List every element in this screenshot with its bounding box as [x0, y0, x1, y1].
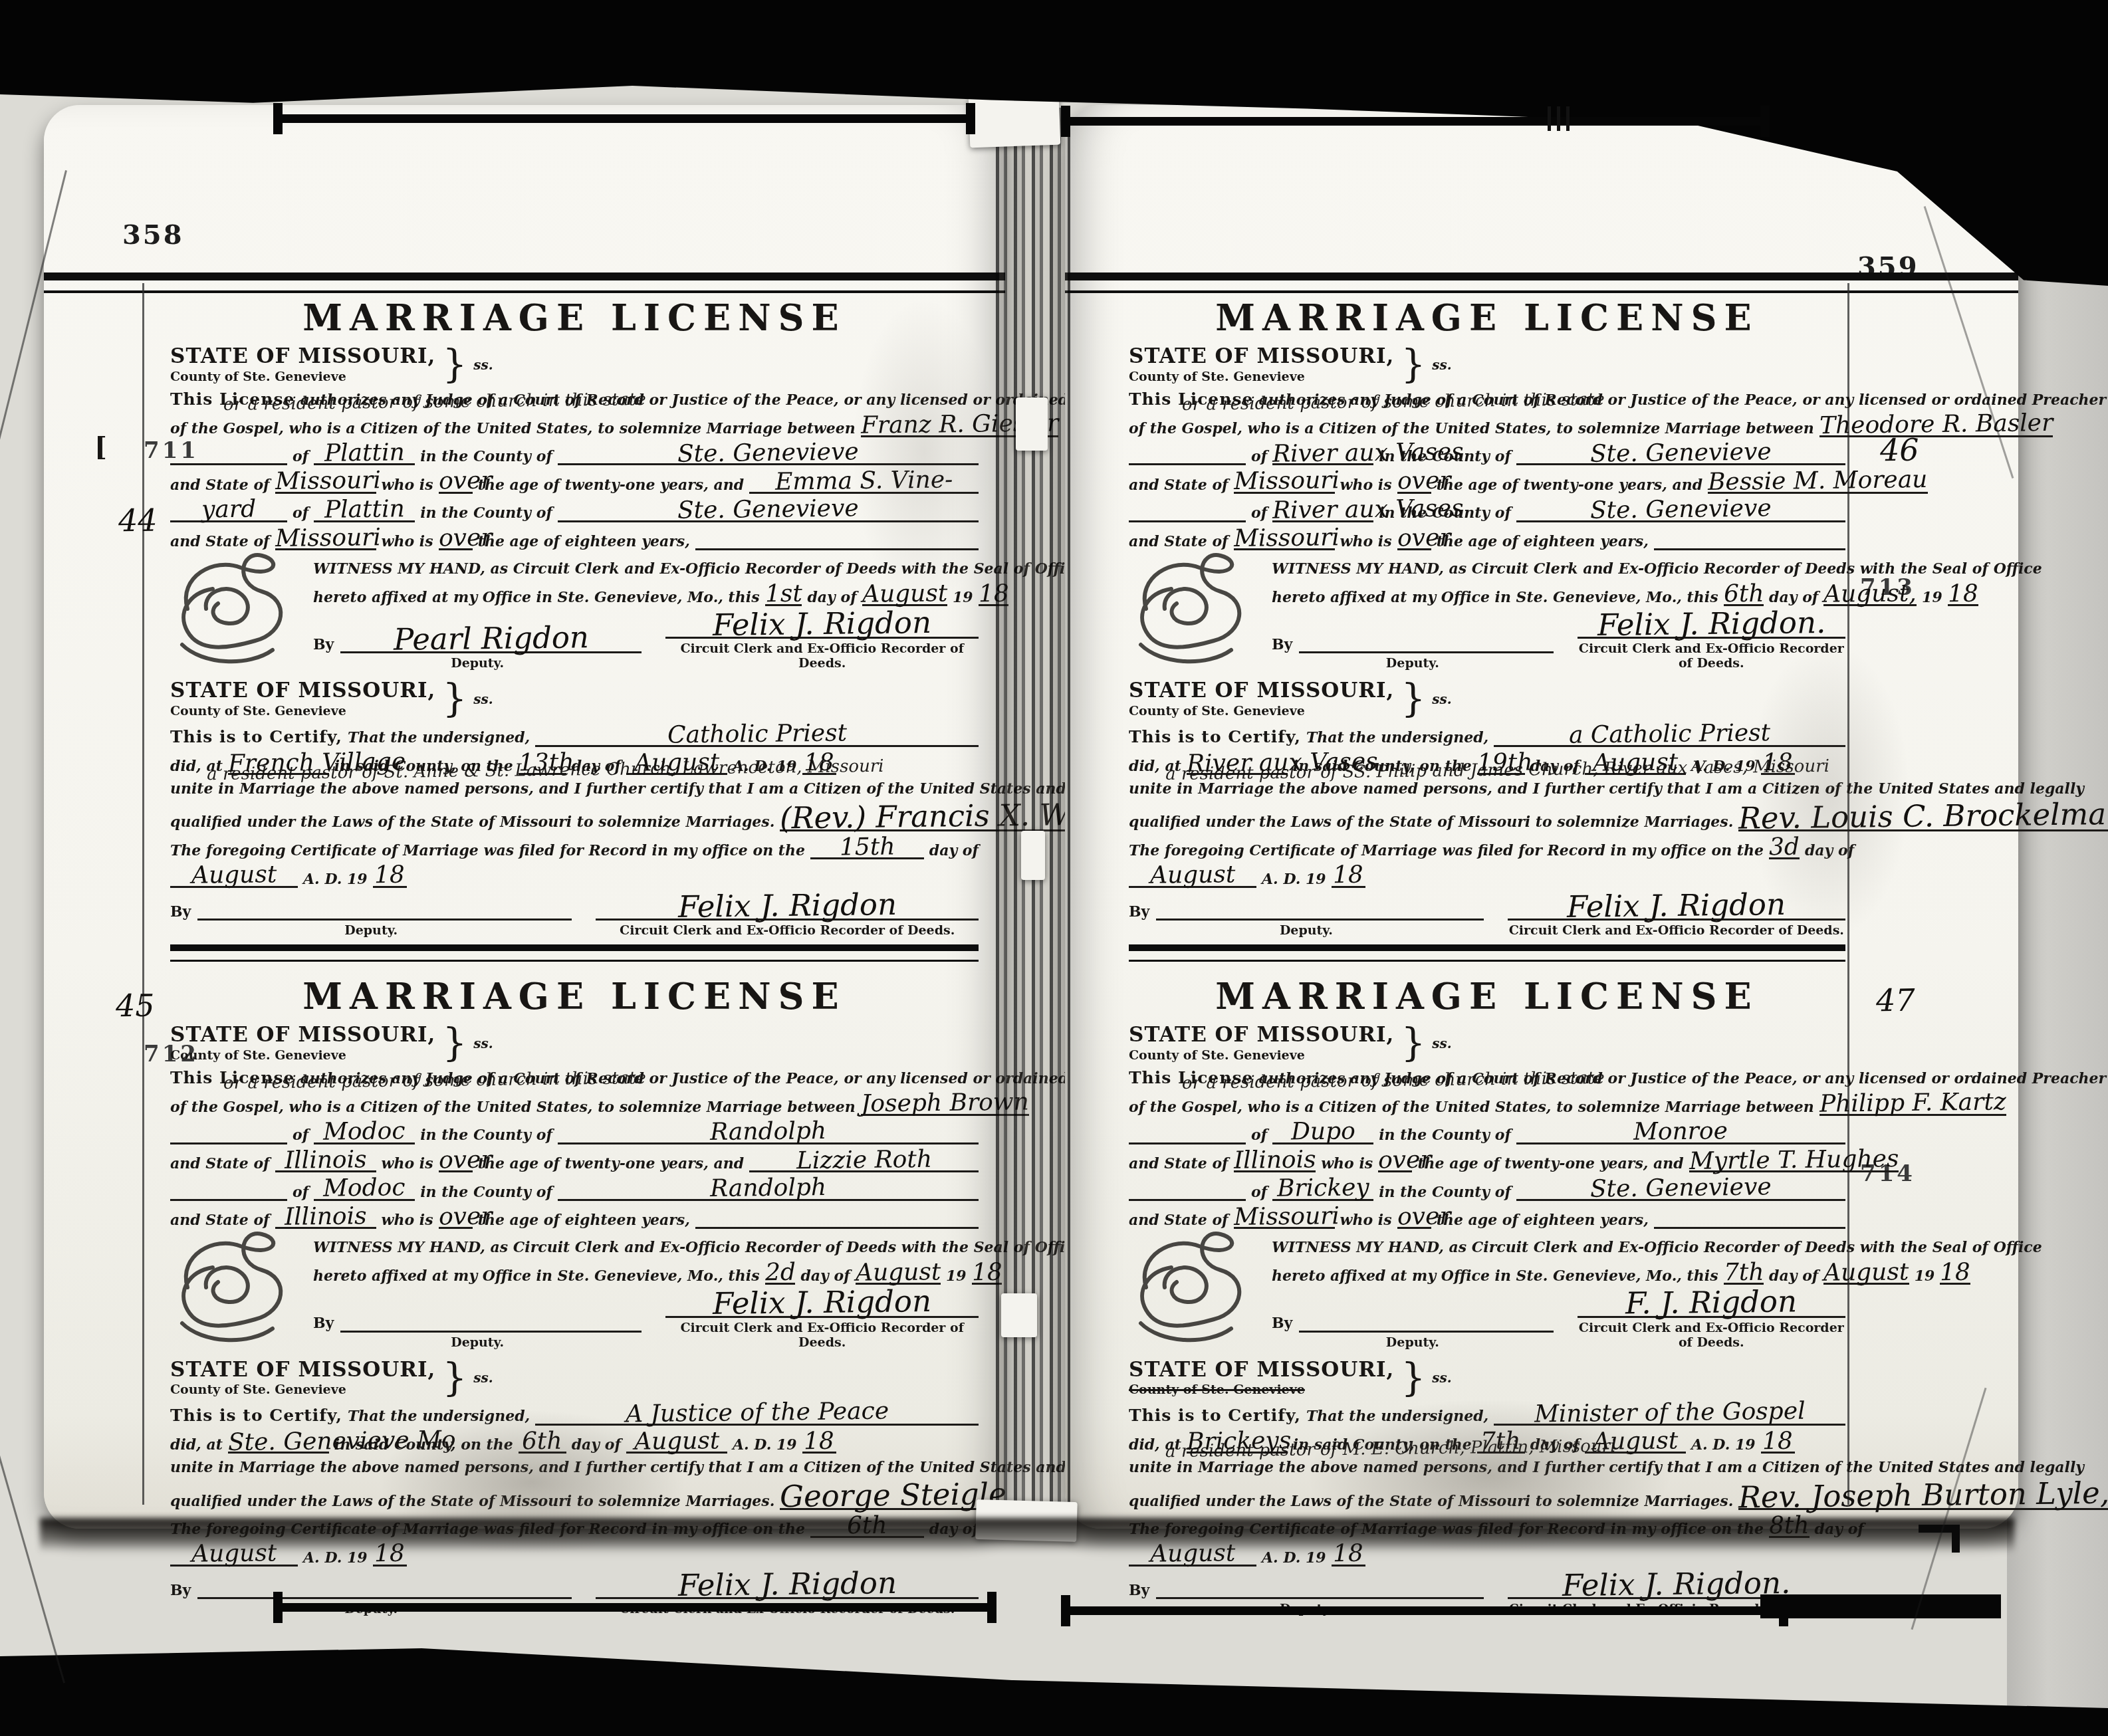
bride-place-field: Plattin — [314, 500, 415, 522]
and-state-of-label: and State of — [170, 1156, 270, 1172]
filed-year-field: 18 — [1332, 865, 1365, 888]
clerk-signature-field: Felix J. Rigdon. — [1578, 611, 1845, 639]
filed-month-field: August — [170, 865, 298, 888]
bride-place: Plattin — [324, 499, 405, 520]
record-title: MARRIAGE LICENSE — [170, 296, 979, 339]
bride-name: Bessie M. Moreau — [1708, 470, 1928, 493]
groom-state-field: Missouri — [1234, 471, 1335, 494]
brace-glyph: } — [442, 1364, 467, 1393]
of-label: of — [293, 449, 308, 465]
deputy-signature-field: Pearl Rigdon — [340, 626, 642, 653]
witness-year: 18 — [1948, 584, 1978, 604]
witness-day: 2d — [764, 1262, 795, 1283]
deputy-signature-area: By Deputy. — [1129, 904, 1484, 938]
groom-over-field: over — [1378, 1150, 1412, 1173]
interlined-handwriting: or a resident pastor of some church in t… — [1182, 392, 1605, 412]
state-county-lines: STATE OF MISSOURI, County of Ste. Genevi… — [170, 1024, 435, 1063]
certify-interlined-handwriting: a resident pastor of M. E. Church, Platt… — [1165, 1439, 1616, 1459]
state-county-lines: STATE OF MISSOURI, County of Ste. Genevi… — [170, 346, 435, 384]
filed-statement: The foregoing Certificate of Marriage wa… — [170, 843, 805, 859]
ss-label: ss. — [473, 357, 493, 373]
marriage-year: 18 — [1762, 1431, 1793, 1452]
witness-day-field: 2d — [765, 1263, 796, 1285]
page-content: MARRIAGE LICENSE STATE OF MISSOURI, Coun… — [170, 291, 979, 1616]
certify-row: This is to Certify, That the undersigned… — [170, 724, 979, 747]
witness-date-row: hereto affixed at my Office in Ste. Gene… — [313, 584, 979, 607]
of-label: of — [1251, 1184, 1267, 1201]
brace-glyph: } — [442, 685, 467, 714]
witness-statement: WITNESS MY HAND, as Circuit Clerk and Ex… — [313, 561, 979, 578]
this-is-to-certify-label: This is to Certify, — [170, 1406, 342, 1426]
record-divider-rule — [170, 944, 979, 962]
certify-state-county-block: STATE OF MISSOURI, County of Ste. Genevi… — [1129, 1359, 1845, 1398]
brace-glyph: } — [442, 350, 467, 380]
license-between-label: of the Gospel, who is a Citizen of the U… — [1129, 421, 1814, 437]
clerk-signature-area: Felix J. Rigdon Circuit Clerk and Ex-Off… — [665, 611, 979, 671]
deputy-label: Deputy. — [1272, 656, 1554, 671]
interlined-handwriting: or a resident pastor of some church in t… — [223, 392, 646, 412]
blank-field — [1654, 1227, 1845, 1229]
groom-over: over — [1397, 471, 1451, 492]
clerk-signature-field: Felix J. Rigdon — [1508, 893, 1845, 921]
bride-place-field: Brickey — [1272, 1178, 1373, 1201]
certify-county-label: County of Ste. Genevieve — [1129, 704, 1394, 718]
undersigned-label: That the undersigned, — [348, 730, 530, 746]
license-between-label: of the Gospel, who is a Citizen of the U… — [1129, 1099, 1814, 1116]
witness-date-row: hereto affixed at my Office in Ste. Gene… — [1272, 1263, 1845, 1285]
by-row: By — [170, 1582, 572, 1599]
witness-block: WITNESS MY HAND, as Circuit Clerk and Ex… — [170, 1240, 979, 1349]
marriage-place: Ste. Genevieve Mo — [228, 1430, 456, 1454]
blank-field — [170, 1142, 287, 1144]
deputy-signature-area: By Deputy. — [1272, 637, 1554, 671]
groom-name: Philipp F. Kartz — [1819, 1093, 2006, 1115]
marriage-year-field: 18 — [1761, 1432, 1795, 1454]
filed-month: August — [1150, 865, 1236, 886]
deputy-signature-field — [197, 1597, 572, 1599]
officiant-field: Minister of the Gospel — [1494, 1403, 1845, 1426]
by-label: By — [313, 637, 334, 653]
who-is-label: who is — [382, 1212, 433, 1229]
in-county-of-label: in the County of — [420, 1184, 552, 1201]
day-of-label: day of — [1769, 590, 1818, 606]
state-label: STATE OF MISSOURI, — [1129, 346, 1394, 368]
marriage-month-field: August — [626, 1432, 727, 1454]
deputy-signature-field — [197, 919, 572, 921]
marriage-license-record: MARRIAGE LICENSE STATE OF MISSOURI, Coun… — [1129, 291, 1845, 938]
undersigned-label: That the undersigned, — [1306, 730, 1488, 746]
witness-block: WITNESS MY HAND, as Circuit Clerk and Ex… — [1129, 1240, 1845, 1349]
clerk-signature: Felix J. Rigdon — [713, 610, 931, 638]
by-label: By — [1129, 1582, 1149, 1599]
deputy-signature-area: By Pearl Rigdon Deputy. — [313, 626, 642, 671]
clerk-signature: F. J. Rigdon — [1625, 1289, 1797, 1317]
deputy-signature: Pearl Rigdon — [394, 625, 589, 653]
county-label: County of Ste. Genevieve — [170, 370, 435, 384]
clerk-label: Circuit Clerk and Ex-Officio Recorder of… — [1508, 923, 1845, 938]
groom-place: Plattin — [324, 443, 405, 464]
by-row: By — [1129, 1582, 1484, 1599]
page-content: MARRIAGE LICENSE STATE OF MISSOURI, Coun… — [1129, 291, 1845, 1616]
bride-over-field: over — [1397, 528, 1431, 551]
in-county-of-label: in the County of — [420, 1127, 552, 1144]
witness-office-label: hereto affixed at my Office in Ste. Gene… — [313, 590, 760, 606]
bride-place: Brickey — [1277, 1178, 1369, 1199]
state-county-lines: STATE OF MISSOURI, County of Ste. Genevi… — [170, 680, 435, 718]
county-label: County of Ste. Genevieve — [1129, 370, 1394, 384]
state-label: STATE OF MISSOURI, — [170, 1359, 435, 1381]
margin-note-45: 45 — [116, 993, 155, 1020]
filed-year: 18 — [374, 865, 405, 886]
bride-place-field: Modoc — [314, 1178, 415, 1201]
state-label: STATE OF MISSOURI, — [170, 1024, 435, 1046]
of-label: of — [293, 1127, 308, 1144]
clerk-label: Circuit Clerk and Ex-Officio Recorder of… — [1578, 1321, 1845, 1350]
certify-state-county-block: STATE OF MISSOURI, County of Ste. Genevi… — [1129, 680, 1845, 718]
groom-residence-row: of Dupo in the County of Monroe — [1129, 1122, 1845, 1144]
unite-row: unite in Marriage the above named person… — [170, 1460, 979, 1476]
clerk-label: Circuit Clerk and Ex-Officio Recorder of… — [596, 923, 979, 938]
groom-state-field: Illinois — [275, 1150, 376, 1173]
blank-field — [695, 1227, 979, 1229]
who-is-label: who is — [1340, 477, 1392, 494]
bride-county: Ste. Genevieve — [1590, 498, 1772, 521]
bride-name-cont: yard — [201, 500, 256, 521]
blank-field — [1654, 548, 1845, 550]
state-county-block: STATE OF MISSOURI, County of Ste. Genevi… — [170, 346, 979, 384]
bride-county-field: Randolph — [558, 1178, 979, 1201]
notary-seal-scribble-icon — [1121, 545, 1254, 675]
filed-day-field: 3d — [1769, 837, 1800, 860]
by-row: By — [170, 904, 572, 921]
certify-county-label: County of Ste. Genevieve — [170, 704, 435, 718]
license-between-row: or a resident pastor of some church in t… — [170, 1093, 979, 1116]
of-label: of — [1251, 1127, 1267, 1144]
witness-statement: WITNESS MY HAND, as Circuit Clerk and Ex… — [313, 1240, 979, 1256]
bride-over-field: over — [1397, 1207, 1431, 1230]
age18-label: the age of eighteen years, — [478, 534, 690, 550]
age21-label: the age of twenty-one years, and — [1437, 477, 1702, 494]
who-is-label: who is — [382, 477, 433, 494]
this-is-to-certify-label: This is to Certify, — [1129, 728, 1301, 747]
bride-county: Ste. Genevieve — [677, 498, 859, 521]
clerk-signature-area: Felix J. Rigdon Circuit Clerk and Ex-Off… — [1508, 893, 1845, 938]
unite-row: a resident pastor of St. Anne & St. Lawr… — [170, 781, 979, 798]
ss-label: ss. — [1432, 691, 1451, 707]
film-registration-bar — [276, 1603, 994, 1612]
bride-county: Randolph — [710, 1178, 826, 1200]
of-label: of — [1251, 449, 1267, 465]
bride-county-field: Ste. Genevieve — [1516, 1178, 1845, 1201]
groom-state: Illinois — [285, 1150, 367, 1171]
officiant-signature: Rev. Louis C. Brockelmann, — [1738, 802, 2108, 832]
state-county-lines: STATE OF MISSOURI, County of Ste. Genevi… — [1129, 1359, 1394, 1398]
clerk-label: Circuit Clerk and Ex-Officio Recorder of… — [1578, 641, 1845, 671]
groom-state: Missouri — [275, 471, 380, 493]
marriage-place-field: Ste. Genevieve Mo — [228, 1432, 329, 1454]
age18-label: the age of eighteen years, — [1437, 534, 1649, 550]
filed-row: The foregoing Certificate of Marriage wa… — [1129, 837, 1845, 860]
qualified-statement: qualified under the Laws of the State of… — [1129, 814, 1733, 831]
witness-signature-row: By Deputy. Felix J. Rigdon. Circuit Cler… — [1272, 611, 1845, 671]
marriage-month: August — [634, 1431, 720, 1452]
groom-residence-row: of River aux Vases in the County of Ste.… — [1129, 443, 1845, 466]
who-is-label: who is — [382, 1156, 433, 1172]
this-is-to-certify-label: This is to Certify, — [170, 728, 342, 747]
witness-month: August — [1823, 1262, 1909, 1283]
clerk-signature: Felix J. Rigdon. — [1597, 610, 1825, 638]
officiant-title: A Justice of the Peace — [625, 1402, 888, 1425]
by-row: By — [1272, 637, 1554, 653]
witness-year-field: 18 — [1940, 1263, 1970, 1285]
groom-over-field: over — [1397, 471, 1431, 494]
frame-corner-mark — [1919, 1525, 1960, 1533]
ad-label: A. D. 19 — [1262, 871, 1326, 888]
notary-seal-scribble-icon — [162, 545, 295, 675]
groom-over-field: over — [439, 471, 473, 494]
film-registration-bar — [1064, 117, 1767, 126]
marriage-license-record: MARRIAGE LICENSE STATE OF MISSOURI, Coun… — [170, 291, 979, 938]
year-prefix: 19 — [946, 1268, 967, 1285]
groom-state: Missouri — [1233, 471, 1339, 493]
certify-county-label: County of Ste. Genevieve — [1129, 1382, 1394, 1397]
license-between-row: or a resident pastor of some church in t… — [1129, 1093, 1845, 1116]
groom-county: Ste. Genevieve — [677, 442, 859, 465]
margin-note-47: 47 — [1876, 988, 1915, 1014]
ad-label: A. D. 19 — [733, 1437, 797, 1454]
bride-over: over — [1397, 1206, 1451, 1228]
who-is-label: who is — [1340, 534, 1392, 550]
groom-county-field: Monroe — [1516, 1122, 1845, 1144]
groom-county: Monroe — [1633, 1121, 1728, 1142]
clerk-signature-field: Felix J. Rigdon — [596, 893, 979, 921]
state-county-block: STATE OF MISSOURI, County of Ste. Genevi… — [170, 1024, 979, 1063]
by-row: By Pearl Rigdon — [313, 626, 642, 653]
state-label: STATE OF MISSOURI, — [1129, 1359, 1394, 1381]
officiant-field: a Catholic Priest — [1494, 724, 1845, 747]
deputy-signature-area: By Deputy. — [1272, 1315, 1554, 1349]
by-label: By — [170, 904, 191, 921]
blank-field — [695, 548, 979, 550]
deputy-signature-area: By Deputy. — [170, 904, 572, 938]
film-registration-block — [1760, 1594, 2001, 1618]
state-county-lines: STATE OF MISSOURI, County of Ste. Genevi… — [1129, 1024, 1394, 1063]
groom-state-row: and State of Missouri who is over the ag… — [1129, 471, 1845, 494]
blank-field — [1129, 1142, 1246, 1144]
film-registration-bar — [1064, 1606, 1786, 1615]
deputy-signature-field — [1299, 1318, 1553, 1333]
filed-clerk-signature: Felix J. Rigdon — [677, 1571, 896, 1598]
bride-name-field: Bessie M. Moreau — [1708, 471, 1927, 494]
film-registration-bar — [276, 114, 973, 123]
year-prefix: 19 — [1922, 590, 1942, 606]
undersigned-label: That the undersigned, — [348, 1408, 530, 1425]
unite-statement: unite in Marriage the above named person… — [1129, 781, 2084, 798]
witness-signature-row: By Deputy. Felix J. Rigdon Circuit Clerk… — [313, 1290, 979, 1349]
witness-year: 18 — [1940, 1262, 1970, 1283]
unite-row: a resident pastor of M. E. Church, Platt… — [1129, 1460, 1845, 1476]
filed-month-field: August — [1129, 865, 1256, 888]
witness-office-label: hereto affixed at my Office in Ste. Gene… — [1272, 1268, 1718, 1285]
groom-place: Dupo — [1291, 1121, 1355, 1142]
bride-name-cont-field — [1129, 508, 1246, 522]
clerk-signature: Felix J. Rigdon — [713, 1289, 931, 1317]
marriage-year: 18 — [804, 1431, 834, 1452]
witness-month-field: August — [856, 1263, 941, 1285]
state-county-lines: STATE OF MISSOURI, County of Ste. Genevi… — [170, 1359, 435, 1398]
did-at-label: did, at — [170, 1437, 223, 1454]
witness-block: WITNESS MY HAND, as Circuit Clerk and Ex… — [170, 561, 979, 671]
clerk-signature-field: F. J. Rigdon — [1578, 1290, 1845, 1317]
filed-day-field: 15th — [810, 837, 924, 860]
witness-statement: WITNESS MY HAND, as Circuit Clerk and Ex… — [1272, 1240, 1845, 1256]
clerk-signature-field: Felix J. Rigdon — [665, 611, 979, 639]
and-state-of-label: and State of — [1129, 477, 1229, 494]
margin-note-46: 46 — [1880, 437, 1919, 464]
year-prefix: 19 — [953, 590, 973, 606]
clerk-label: Circuit Clerk and Ex-Officio Recorder of… — [665, 641, 979, 671]
certify-state-county-block: STATE OF MISSOURI, County of Ste. Genevi… — [170, 1359, 979, 1398]
tape-fragment — [1021, 831, 1045, 880]
witness-date-row: hereto affixed at my Office in Ste. Gene… — [313, 1263, 979, 1285]
filed-year: 18 — [1333, 865, 1363, 886]
bride-county: Ste. Genevieve — [1590, 1178, 1772, 1200]
witness-month: August, — [1823, 584, 1917, 605]
clerk-signature-area: F. J. Rigdon Circuit Clerk and Ex-Offici… — [1578, 1290, 1845, 1349]
witness-day: 6th — [1723, 584, 1764, 604]
license-between-row: or a resident pastor of some church in t… — [170, 415, 979, 437]
record-divider-rule — [1129, 944, 1845, 962]
marriage-year-field: 18 — [802, 1432, 836, 1454]
bride-county-field: Ste. Genevieve — [558, 500, 979, 522]
brace-glyph: } — [1401, 1364, 1425, 1393]
certify-row: This is to Certify, That the undersigned… — [1129, 724, 1845, 747]
state-label: STATE OF MISSOURI, — [1129, 1024, 1394, 1046]
filed-day: 15th — [839, 837, 895, 858]
by-row: By — [1272, 1315, 1554, 1332]
ad-label: A. D. 19 — [303, 871, 368, 888]
who-is-label: who is — [1340, 1212, 1392, 1229]
groom-county: Randolph — [710, 1121, 826, 1143]
witness-month-field: August — [862, 584, 947, 607]
and-state-of-label: and State of — [1129, 1156, 1229, 1172]
groom-state: Illinois — [1233, 1150, 1316, 1171]
bride-name: Myrtle T. Hughes — [1689, 1149, 1899, 1172]
age18-label: the age of eighteen years, — [1437, 1212, 1649, 1229]
filed-clerk-signature: Felix J. Rigdon — [1567, 892, 1786, 920]
license-between-label: of the Gospel, who is a Citizen of the U… — [170, 1099, 856, 1116]
day-of-label: day of — [807, 590, 856, 606]
undersigned-label: That the undersigned, — [1306, 1408, 1488, 1425]
record-slot-711: MARRIAGE LICENSE STATE OF MISSOURI, Coun… — [170, 291, 979, 938]
groom-county-field: Ste. Genevieve — [1516, 443, 1845, 466]
clerk-signature-area: Felix J. Rigdon. Circuit Clerk and Ex-Of… — [1578, 611, 1845, 671]
age21-label: the age of twenty-one years, and — [478, 477, 744, 494]
deputy-label: Deputy. — [1272, 1335, 1554, 1350]
age21-label: the age of twenty-one years, and — [478, 1156, 744, 1172]
witness-day: 7th — [1723, 1262, 1764, 1283]
witness-signature-row: By Pearl Rigdon Deputy. Felix J. Rigdon … — [313, 611, 979, 671]
officiant-title: Catholic Priest — [667, 723, 847, 746]
officiant-signature-field: Rev. Joseph Burton Lyle, — [1738, 1483, 2108, 1510]
ss-label: ss. — [473, 1035, 493, 1051]
bride-over-field: over — [439, 1207, 473, 1230]
certify-row: This is to Certify, That the undersigned… — [1129, 1403, 1845, 1426]
certify-state-county-block: STATE OF MISSOURI, County of Ste. Genevi… — [170, 680, 979, 718]
by-row: By — [313, 1315, 642, 1332]
groom-residence-row: of Modoc in the County of Randolph — [170, 1122, 979, 1144]
bride-place: Modoc — [323, 1178, 406, 1199]
unite-statement: unite in Marriage the above named person… — [170, 1460, 1125, 1476]
bride-name-cont-field: yard — [170, 500, 287, 522]
groom-residence-row: of Plattin in the County of Ste. Genevie… — [170, 443, 979, 466]
margin-bracket: [ — [94, 432, 107, 463]
deputy-signature-field — [1299, 639, 1553, 653]
page-edge-shadow — [40, 1518, 2014, 1553]
marriage-day: 6th — [522, 1431, 562, 1452]
deputy-label: Deputy. — [1129, 923, 1484, 938]
form-border-line — [142, 283, 144, 1505]
age21-label: the age of twenty-one years, and — [1417, 1156, 1683, 1172]
record-title: MARRIAGE LICENSE — [1129, 296, 1845, 339]
qualified-statement: qualified under the Laws of the State of… — [170, 1493, 774, 1510]
officiant-field: Catholic Priest — [535, 724, 979, 747]
groom-state-row: and State of Missouri who is over the ag… — [170, 471, 979, 494]
page-number-left: 358 — [122, 219, 184, 251]
unite-statement: unite in Marriage the above named person… — [170, 781, 1125, 798]
and-state-of-label: and State of — [170, 477, 270, 494]
qualified-row: qualified under the Laws of the State of… — [1129, 1483, 1845, 1510]
state-label: STATE OF MISSOURI, — [1129, 680, 1394, 702]
groom-place: River aux Vases — [1272, 442, 1464, 465]
who-is-label: who is — [1321, 1156, 1373, 1172]
ss-label: ss. — [473, 691, 493, 707]
year-prefix: 19 — [1915, 1268, 1935, 1285]
blank-field — [1129, 463, 1246, 465]
clerk-signature-field: Felix J. Rigdon — [665, 1290, 979, 1317]
interlined-handwriting: or a resident pastor of some church in t… — [223, 1071, 646, 1091]
deputy-signature-area: By Deputy. — [313, 1315, 642, 1349]
brace-glyph: } — [442, 1029, 467, 1058]
filed-month: August — [191, 865, 277, 886]
of-label: of — [1251, 505, 1267, 522]
filed-day: 3d — [1769, 837, 1800, 857]
county-label: County of Ste. Genevieve — [170, 1048, 435, 1063]
notary-seal-scribble-icon — [1121, 1224, 1254, 1353]
groom-name-field: Philipp F. Kartz — [1819, 1093, 2006, 1116]
witness-office-label: hereto affixed at my Office in Ste. Gene… — [313, 1268, 760, 1285]
groom-state-row: and State of Illinois who is over the ag… — [170, 1150, 979, 1173]
certify-row: This is to Certify, That the undersigned… — [170, 1403, 979, 1426]
groom-state-field: Illinois — [1234, 1150, 1316, 1173]
bride-residence-row: yard of Plattin in the County of Ste. Ge… — [170, 500, 979, 522]
groom-name: Theodore R. Basler — [1819, 413, 2053, 437]
bride-over: over — [1397, 528, 1451, 549]
in-county-of-label: in the County of — [1379, 1184, 1511, 1201]
brace-glyph: } — [1401, 350, 1425, 380]
state-label: STATE OF MISSOURI, — [170, 346, 435, 368]
deputy-signature-field — [340, 1318, 642, 1333]
deputy-label: Deputy. — [170, 923, 572, 938]
day-of-label: day of — [572, 1437, 621, 1454]
bride-name-cont-field — [170, 1186, 287, 1201]
bride-over-field: over — [439, 528, 473, 551]
in-county-of-label: in the County of — [1379, 1127, 1511, 1144]
clerk-signature-area: Felix J. Rigdon Circuit Clerk and Ex-Off… — [665, 1290, 979, 1349]
unite-statement: unite in Marriage the above named person… — [1129, 1460, 2084, 1476]
bride-name-cont-field — [1129, 1186, 1246, 1201]
this-is-to-certify-label: This is to Certify, — [1129, 1406, 1301, 1426]
